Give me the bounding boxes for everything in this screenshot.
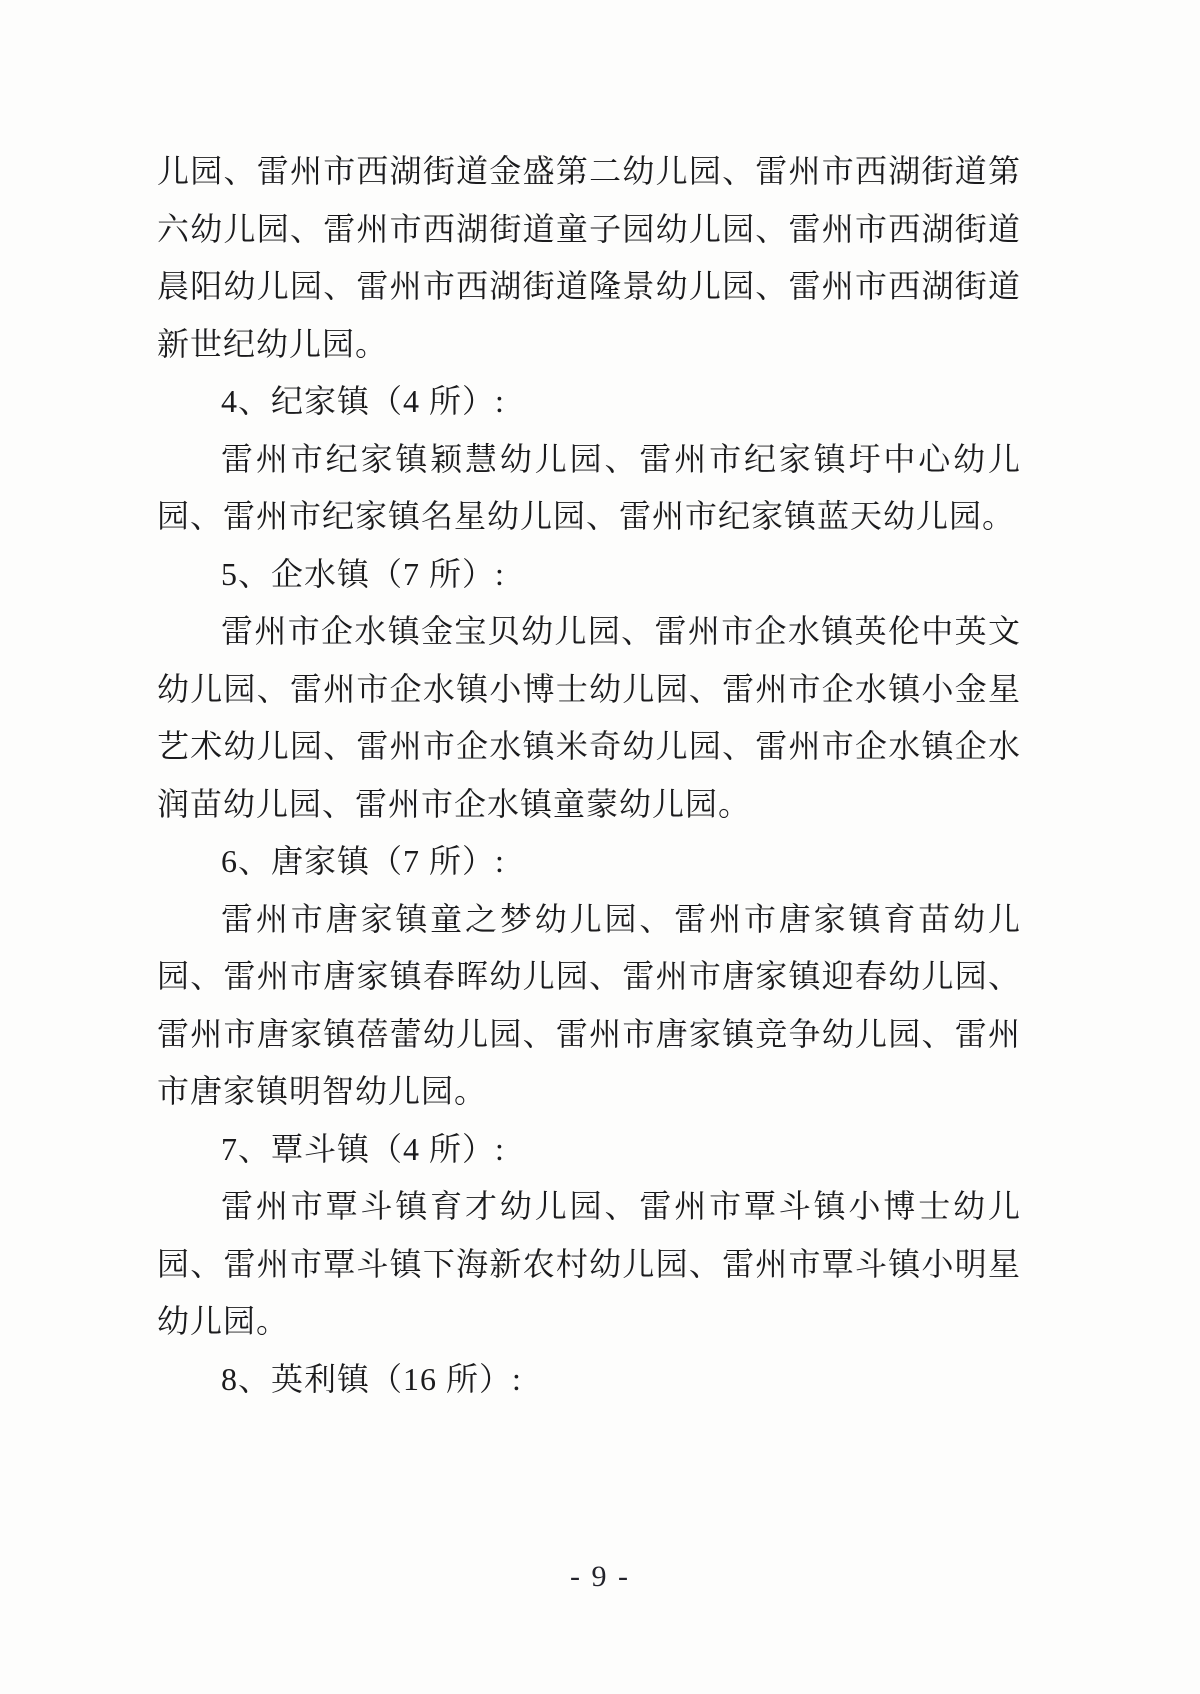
kindergarten-list-jijia-town: 雷州市纪家镇颖慧幼儿园、雷州市纪家镇圩中心幼儿园、雷州市纪家镇名星幼儿园、雷州市… [157,431,1021,546]
document-page: 儿园、雷州市西湖街道金盛第二幼儿园、雷州市西湖街道第六幼儿园、雷州市西湖街道童子… [0,0,1200,1694]
section-heading-qishui-town: 5、企水镇（7 所）: [157,546,1021,604]
section-heading-yingli-town: 8、英利镇（16 所）: [157,1351,1021,1409]
page-number: - 9 - [0,1560,1200,1594]
section-heading-tangjia-town: 6、唐家镇（7 所）: [157,833,1021,891]
kindergarten-list-qishui-town: 雷州市企水镇金宝贝幼儿园、雷州市企水镇英伦中英文幼儿园、雷州市企水镇小博士幼儿园… [157,603,1021,833]
document-text-block: 儿园、雷州市西湖街道金盛第二幼儿园、雷州市西湖街道第六幼儿园、雷州市西湖街道童子… [157,143,1021,1408]
section-heading-jijia-town: 4、纪家镇（4 所）: [157,373,1021,431]
section-heading-tandou-town: 7、覃斗镇（4 所）: [157,1121,1021,1179]
kindergarten-list-tandou-town: 雷州市覃斗镇育才幼儿园、雷州市覃斗镇小博士幼儿园、雷州市覃斗镇下海新农村幼儿园、… [157,1178,1021,1351]
kindergarten-list-tangjia-town: 雷州市唐家镇童之梦幼儿园、雷州市唐家镇育苗幼儿园、雷州市唐家镇春晖幼儿园、雷州市… [157,891,1021,1121]
kindergarten-list-xihu-street-continuation: 儿园、雷州市西湖街道金盛第二幼儿园、雷州市西湖街道第六幼儿园、雷州市西湖街道童子… [157,143,1021,373]
